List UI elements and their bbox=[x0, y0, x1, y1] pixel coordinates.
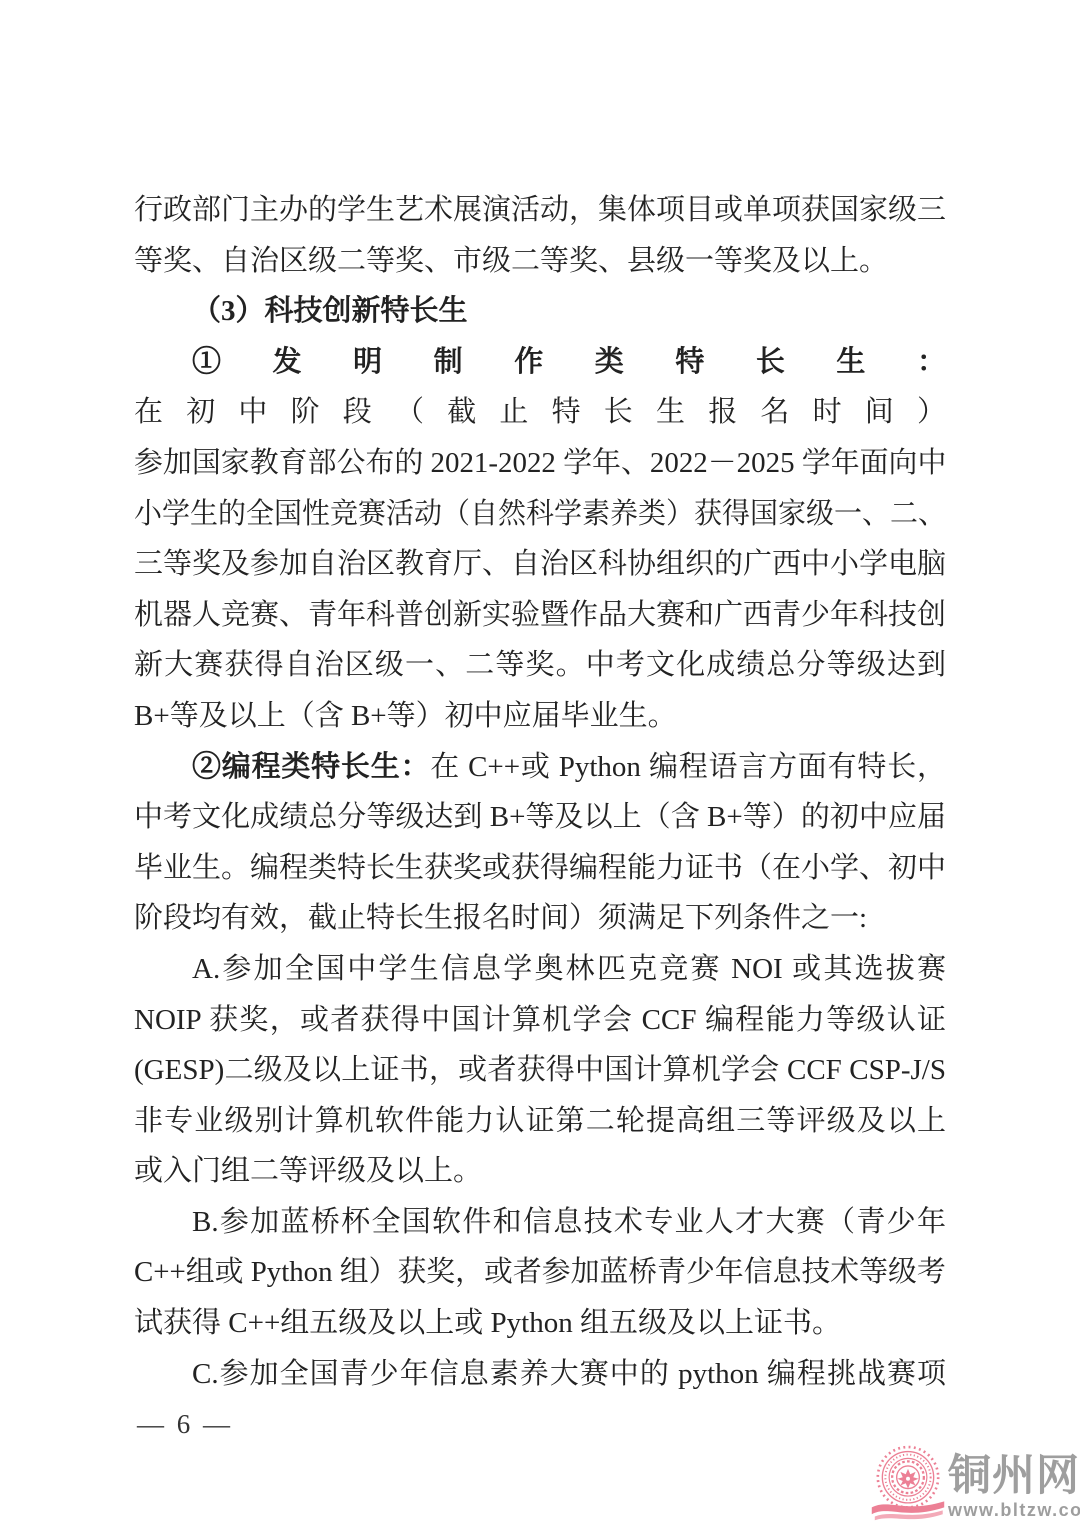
text-line: 中考文化成绩总分等级达到 B+等及以上（含 B+等）的初中应届 bbox=[134, 792, 946, 843]
text-segment: 在初中阶段（截止特长生报名时间） bbox=[134, 396, 946, 428]
text-line: 非专业级别计算机软件能力认证第二轮提高组三等评级及以上 bbox=[134, 1096, 946, 1147]
text-line: 毕业生。编程类特长生获奖或获得编程能力证书（在小学、初中 bbox=[134, 843, 946, 894]
text-segment: 试获得 C++组五级及以上或 Python 组五级及以上证书。 bbox=[134, 1307, 841, 1339]
text-line: 小学生的全国性竞赛活动（自然科学素养类）获得国家级一、二、 bbox=[134, 489, 918, 540]
rosette-ribbon-logo-icon bbox=[870, 1444, 946, 1524]
text-segment: 参加国家教育部公布的 2021-2022 学年、2022－2025 学年面向中 bbox=[134, 447, 946, 479]
text-line: A.参加全国中学生信息学奥林匹克竞赛 NOI 或其选拔赛 bbox=[134, 944, 946, 995]
watermark-text: 铜州网 www.bltzw.com bbox=[948, 1444, 1080, 1519]
text-line: 机器人竞赛、青年科普创新实验暨作品大赛和广西青少年科技创 bbox=[134, 590, 946, 641]
text-line: (GESP)二级及以上证书，或者获得中国计算机学会 CCF CSP-J/S bbox=[134, 1045, 946, 1096]
text-segment: 或入门组二等评级及以上。 bbox=[134, 1155, 482, 1187]
text-line: 参加国家教育部公布的 2021-2022 学年、2022－2025 学年面向中 bbox=[134, 438, 944, 489]
bold-text-segment: ②编程类特长生： bbox=[192, 751, 430, 783]
text-segment: 在 C++或 Python 编程语言方面有特长， bbox=[430, 751, 946, 783]
text-segment: 三等奖及参加自治区教育厅、自治区科协组织的广西中小学电脑 bbox=[134, 548, 946, 580]
text-segment: B+等及以上（含 B+等）初中应届毕业生。 bbox=[134, 700, 677, 732]
site-watermark: 铜州网 www.bltzw.com bbox=[870, 1444, 1080, 1524]
text-segment: 阶段均有效，截止特长生报名时间）须满足下列条件之一: bbox=[134, 902, 867, 934]
text-line: 阶段均有效，截止特长生报名时间）须满足下列条件之一: bbox=[134, 893, 946, 944]
text-line: （3）科技创新特长生 bbox=[134, 286, 946, 337]
text-line: NOIP 获奖，或者获得中国计算机学会 CCF 编程能力等级认证 bbox=[134, 995, 946, 1046]
text-segment: 小学生的全国性竞赛活动（自然科学素养类）获得国家级一、二、 bbox=[134, 498, 946, 530]
text-line: 三等奖及参加自治区教育厅、自治区科协组织的广西中小学电脑 bbox=[134, 539, 946, 590]
text-line: 试获得 C++组五级及以上或 Python 组五级及以上证书。 bbox=[134, 1298, 946, 1349]
text-line: ①发明制作类特长生：在初中阶段（截止特长生报名时间） bbox=[134, 337, 946, 438]
bold-text-segment: （3）科技创新特长生 bbox=[192, 295, 468, 327]
text-segment: 毕业生。编程类特长生获奖或获得编程能力证书（在小学、初中 bbox=[134, 852, 946, 884]
text-line: C++组或 Python 组）获奖，或者参加蓝桥青少年信息技术等级考 bbox=[134, 1247, 942, 1298]
text-line: 或入门组二等评级及以上。 bbox=[134, 1146, 946, 1197]
text-segment: 新大赛获得自治区级一、二等奖。中考文化成绩总分等级达到 bbox=[134, 649, 946, 681]
text-line: B.参加蓝桥杯全国软件和信息技术专业人才大赛（青少年 bbox=[134, 1197, 946, 1248]
text-segment: 等奖、自治区级二等奖、市级二等奖、县级一等奖及以上。 bbox=[134, 245, 888, 277]
text-line: C.参加全国青少年信息素养大赛中的 python 编程挑战赛项 bbox=[134, 1349, 946, 1400]
text-line: 行政部门主办的学生艺术展演活动，集体项目或单项获国家级三 bbox=[134, 185, 946, 236]
text-segment: 非专业级别计算机软件能力认证第二轮提高组三等评级及以上 bbox=[134, 1105, 946, 1137]
bold-text-segment: ①发明制作类特长生： bbox=[192, 346, 946, 378]
text-segment: A.参加全国中学生信息学奥林匹克竞赛 NOI 或其选拔赛 bbox=[192, 953, 946, 985]
text-segment: 机器人竞赛、青年科普创新实验暨作品大赛和广西青少年科技创 bbox=[134, 599, 946, 631]
text-segment: C++组或 Python 组）获奖，或者参加蓝桥青少年信息技术等级考 bbox=[134, 1256, 946, 1288]
text-line: 等奖、自治区级二等奖、市级二等奖、县级一等奖及以上。 bbox=[134, 236, 946, 287]
text-segment: 行政部门主办的学生艺术展演活动，集体项目或单项获国家级三 bbox=[134, 194, 946, 226]
text-line: ②编程类特长生：在 C++或 Python 编程语言方面有特长， bbox=[134, 742, 946, 793]
document-page: 行政部门主办的学生艺术展演活动，集体项目或单项获国家级三等奖、自治区级二等奖、市… bbox=[0, 0, 1080, 1526]
text-segment: (GESP)二级及以上证书，或者获得中国计算机学会 CCF CSP-J/S bbox=[134, 1054, 946, 1086]
text-line: 新大赛获得自治区级一、二等奖。中考文化成绩总分等级达到 bbox=[134, 640, 946, 691]
document-body: 行政部门主办的学生艺术展演活动，集体项目或单项获国家级三等奖、自治区级二等奖、市… bbox=[134, 185, 946, 1399]
text-segment: C.参加全国青少年信息素养大赛中的 python 编程挑战赛项 bbox=[192, 1358, 946, 1390]
text-line: B+等及以上（含 B+等）初中应届毕业生。 bbox=[134, 691, 946, 742]
text-segment: NOIP 获奖，或者获得中国计算机学会 CCF 编程能力等级认证 bbox=[134, 1004, 946, 1036]
site-name: 铜州网 bbox=[948, 1453, 1080, 1499]
text-segment: B.参加蓝桥杯全国软件和信息技术专业人才大赛（青少年 bbox=[192, 1206, 946, 1238]
site-url: www.bltzw.com bbox=[948, 1501, 1080, 1519]
text-segment: 中考文化成绩总分等级达到 B+等及以上（含 B+等）的初中应届 bbox=[134, 801, 946, 833]
page-number: — 6 — bbox=[137, 1409, 233, 1440]
